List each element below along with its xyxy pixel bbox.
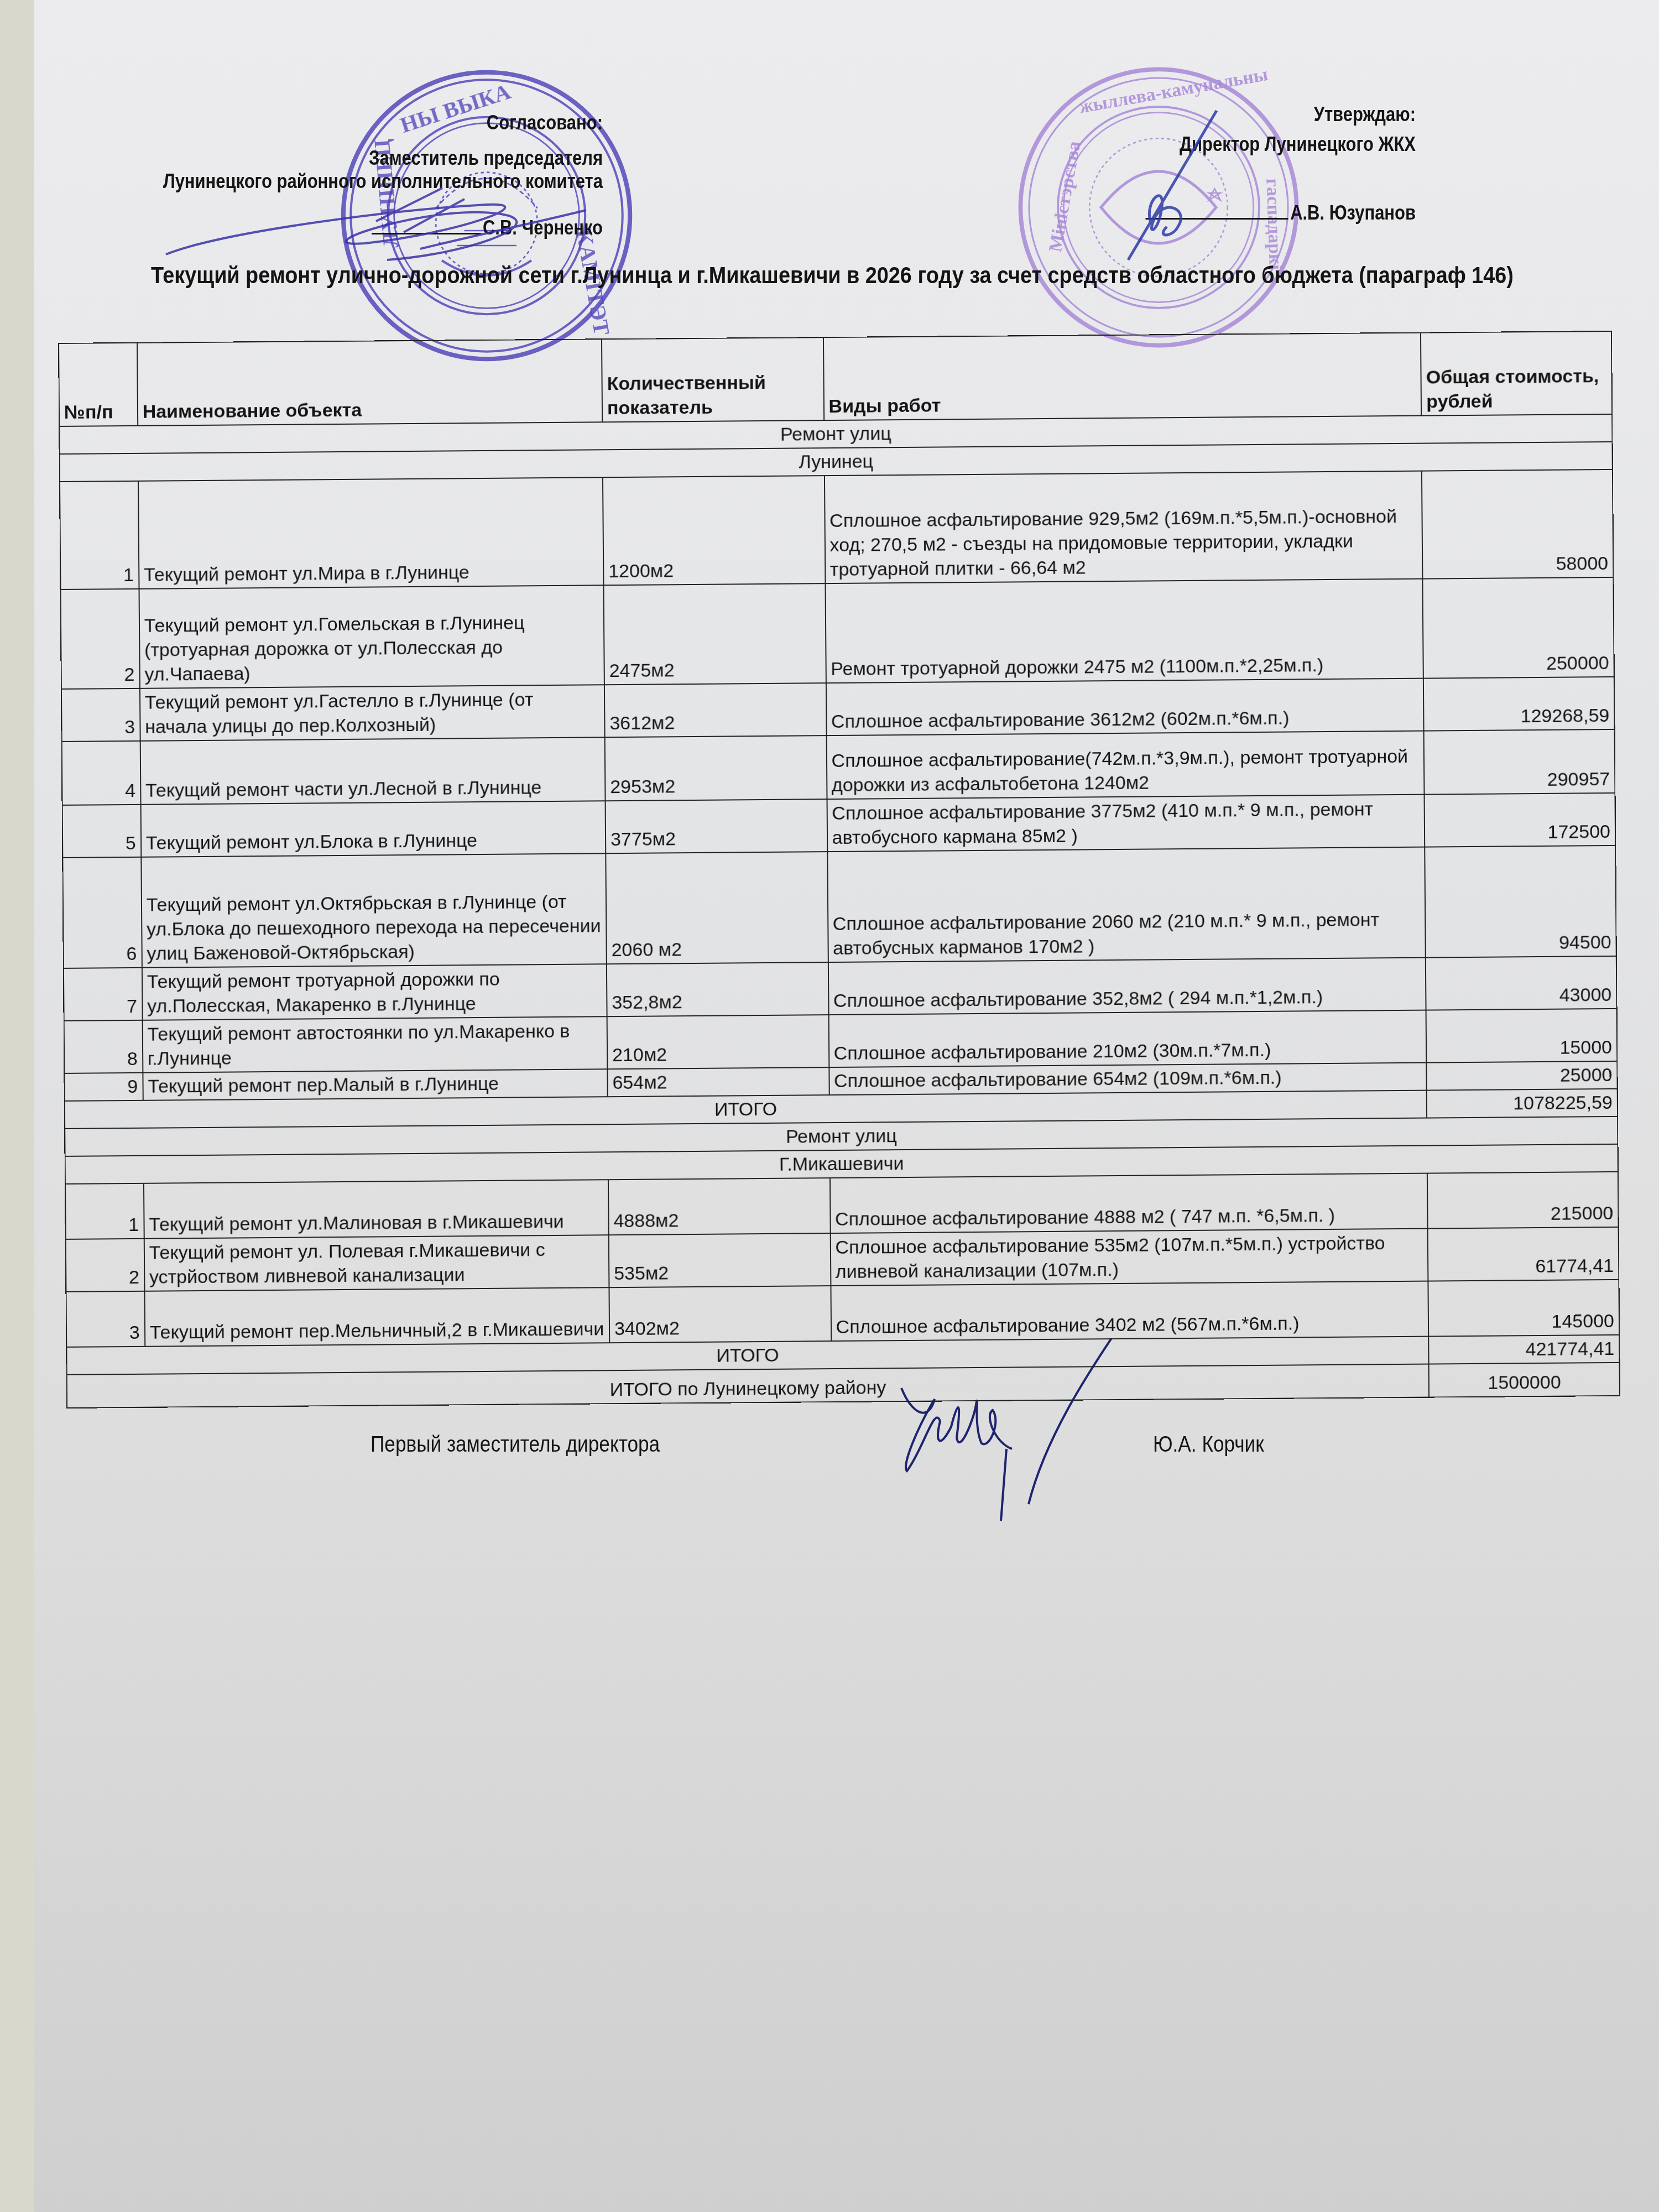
row-work: Сплошное асфальтирование 2060 м2 (210 м.… — [827, 847, 1426, 962]
row-qty: 535м2 — [609, 1233, 831, 1287]
agreed-heading: Согласовано: — [156, 105, 603, 140]
row-work: Сплошное асфальтирование 3775м2 (410 м.п… — [827, 795, 1425, 852]
row-cost: 290957 — [1424, 729, 1615, 795]
row-work: Сплошное асфальтирование(742м.п.*3,9м.п.… — [826, 731, 1425, 799]
row-no: 6 — [62, 857, 142, 968]
row-qty: 3612м2 — [604, 683, 826, 737]
table-row: 1 Текущий ремонт ул.Мира в г.Лунинце 120… — [60, 469, 1613, 589]
header-no: №п/п — [59, 343, 138, 426]
row-no: 7 — [64, 968, 142, 1021]
row-name: Текущий ремонт пер.Малый в г.Лунинце — [143, 1069, 608, 1100]
agreed-signatory: С.В. Черненко — [483, 216, 603, 239]
row-cost: 61774,41 — [1428, 1227, 1619, 1281]
row-cost: 172500 — [1425, 793, 1615, 847]
table-row: 4 Текущий ремонт части ул.Лесной в г.Лун… — [62, 729, 1615, 805]
row-work: Сплошное асфальтирование 4888 м2 ( 747 м… — [830, 1173, 1428, 1233]
row-qty: 2953м2 — [605, 735, 827, 801]
row-name: Текущий ремонт ул.Октябрьская в г.Лунинц… — [141, 853, 607, 968]
repair-table: №п/п Наименование объекта Количественный… — [58, 331, 1620, 1408]
row-cost: 250000 — [1423, 577, 1614, 679]
row-work: Сплошное асфальтирование 535м2 (107м.п.*… — [830, 1229, 1428, 1286]
approval-block-agreed: Согласовано: Заместитель председателя Лу… — [156, 105, 603, 246]
table-header-row: №п/п Наименование объекта Количественный… — [59, 331, 1612, 426]
row-qty: 3402м2 — [609, 1286, 831, 1343]
row-cost: 94500 — [1425, 846, 1616, 958]
row-work: Сплошное асфальтирование 210м2 (30м.п.*7… — [828, 1010, 1426, 1067]
row-qty: 2060 м2 — [606, 852, 828, 964]
row-work: Сплошное асфальтирование 3612м2 (602м.п.… — [826, 679, 1423, 735]
row-name: Текущий ремонт части ул.Лесной в г.Лунин… — [140, 737, 605, 805]
row-name: Текущий ремонт тротуарной дорожки по ул.… — [142, 964, 607, 1020]
row-no: 3 — [61, 688, 140, 742]
header-work: Виды работ — [823, 333, 1422, 420]
row-no: 1 — [65, 1183, 144, 1239]
row-cost: 145000 — [1428, 1280, 1619, 1337]
row-qty: 3775м2 — [605, 799, 827, 853]
row-name: Текущий ремонт пер.Мельничный,2 в г.Мика… — [144, 1287, 609, 1347]
row-cost: 58000 — [1422, 469, 1613, 579]
footer-signatory: Ю.А. Корчик — [1153, 1432, 1264, 1457]
row-cost: 43000 — [1426, 956, 1616, 1010]
approved-position: Директор Лунинецкого ЖКХ — [1006, 127, 1416, 162]
row-cost: 15000 — [1426, 1009, 1617, 1063]
row-name: Текущий ремонт автостоянки по ул.Макарен… — [142, 1016, 607, 1073]
row-cost: 215000 — [1427, 1172, 1618, 1229]
row-qty: 2475м2 — [603, 583, 826, 685]
table-row: 6 Текущий ремонт ул.Октябрьская в г.Луни… — [62, 846, 1616, 968]
row-no: 8 — [64, 1020, 143, 1073]
row-cost: 25000 — [1427, 1061, 1618, 1091]
row-no: 9 — [64, 1073, 143, 1101]
row-no: 2 — [66, 1239, 144, 1292]
row-name: Текущий ремонт ул.Гомельская в г.Лунинец… — [139, 585, 604, 688]
row-name: Текущий ремонт ул.Гастелло в г.Лунинце (… — [140, 685, 605, 741]
row-qty: 210м2 — [607, 1015, 829, 1069]
row-no: 3 — [66, 1291, 144, 1347]
row-name: Текущий ремонт ул.Мира в г.Лунинце — [138, 477, 604, 589]
signature-line — [372, 233, 481, 234]
row-work: Сплошное асфальтирование 352,8м2 ( 294 м… — [828, 958, 1426, 1015]
header-qty: Количественный показатель — [602, 337, 824, 422]
row-qty: 1200м2 — [603, 476, 825, 585]
footer-position: Первый заместитель директора — [371, 1432, 660, 1457]
row-qty: 4888м2 — [608, 1178, 830, 1235]
row-name: Текущий ремонт ул.Малиновая в г.Микашеви… — [144, 1180, 609, 1239]
row-work: Сплошное асфальтирование 3402 м2 (567м.п… — [831, 1281, 1428, 1341]
approval-block-approved: Утверждаю: Директор Лунинецкого ЖКХ А.В.… — [1006, 97, 1416, 231]
row-qty: 352,8м2 — [607, 962, 828, 1016]
row-no: 4 — [62, 741, 141, 805]
document-title: Текущий ремонт улично-дорожной сети г.Лу… — [148, 260, 1517, 291]
row-qty: 654м2 — [607, 1067, 829, 1097]
grand-total-value: 1500000 — [1429, 1363, 1620, 1397]
row-name: Текущий ремонт ул. Полевая г.Микашевичи … — [144, 1235, 609, 1291]
table-row: 2 Текущий ремонт ул.Гомельская в г.Лунин… — [61, 577, 1614, 689]
row-no: 5 — [62, 805, 141, 858]
header-name: Наименование объекта — [137, 339, 602, 426]
row-work: Сплошное асфальтирование 929,5м2 (169м.п… — [825, 471, 1423, 583]
row-work: Сплошное асфальтирование 654м2 (109м.п.*… — [829, 1063, 1427, 1095]
row-work: Ремонт тротуарной дорожки 2475 м2 (1100м… — [825, 579, 1423, 683]
signature-line — [1146, 218, 1288, 220]
row-no: 2 — [61, 589, 140, 689]
subtotal-value: 421774,41 — [1428, 1335, 1619, 1364]
header-cost: Общая стоимость, рублей — [1421, 331, 1612, 416]
section-mikashevichi: Ремонт улиц Г.Микашевичи 1 Текущий ремон… — [65, 1117, 1619, 1375]
subtotal-value: 1078225,59 — [1427, 1089, 1618, 1118]
section-luninets: Ремонт улиц Лунинец 1 Текущий ремонт ул.… — [59, 414, 1618, 1129]
row-name: Текущий ремонт ул.Блока в г.Лунинце — [140, 801, 606, 857]
agreed-position-line2: Лунинецкого районного исполнительного ко… — [156, 164, 603, 199]
approved-signatory: А.В. Юзупанов — [1290, 201, 1416, 224]
row-cost: 129268,59 — [1423, 677, 1614, 731]
row-no: 1 — [60, 481, 139, 589]
